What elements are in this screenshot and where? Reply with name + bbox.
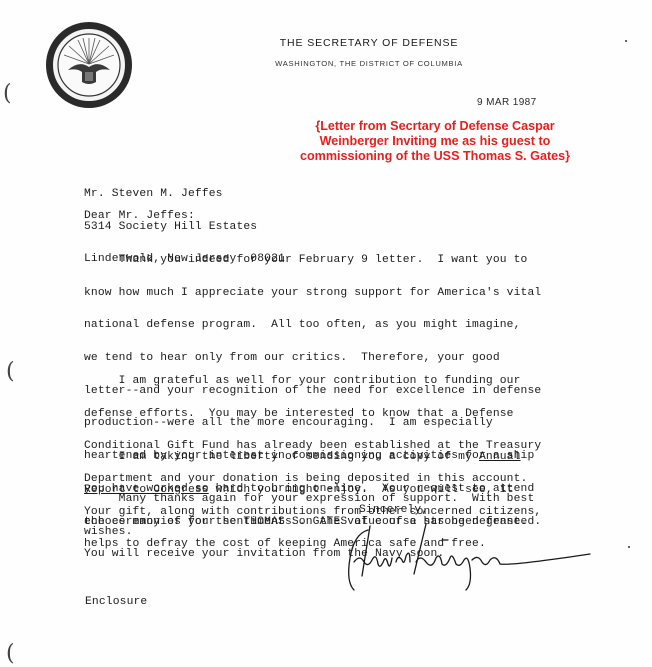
- closing: Sincerely,: [359, 505, 428, 516]
- letterhead-subtitle: WASHINGTON, THE DISTRICT OF COLUMBIA: [0, 59, 652, 68]
- body-line: national defense program. All too often,…: [84, 320, 541, 331]
- hole-punch-mark: (: [6, 361, 15, 383]
- hole-punch-mark: (: [3, 83, 12, 105]
- annotation-note: {Letter from Secrtary of Defense Caspar …: [270, 119, 600, 164]
- date-stamp: 9 MAR 1987: [477, 97, 537, 108]
- annotation-line: {Letter from Secrtary of Defense Caspar: [270, 119, 600, 134]
- recipient-street: 5314 Society Hill Estates: [84, 222, 285, 233]
- scan-speck: [628, 546, 630, 548]
- body-line: I am taking the liberty of sending you a…: [84, 452, 527, 463]
- enclosure-note: Enclosure: [85, 597, 147, 608]
- handwritten-signature-icon: [340, 518, 620, 598]
- annotation-line: commissioning of the USS Thomas S. Gates…: [270, 149, 600, 164]
- annotation-line: Weinberger Inviting me as his guest to: [270, 134, 600, 149]
- scan-speck: [625, 40, 627, 42]
- body-line: Many thanks again for your expression of…: [84, 494, 534, 505]
- recipient-name: Mr. Steven M. Jeffes: [84, 189, 285, 200]
- body-line: know how much I appreciate your strong s…: [84, 288, 541, 299]
- report-title-underlined: Annual: [479, 451, 521, 463]
- body-line: Thank you indeed for your February 9 let…: [84, 255, 541, 266]
- body-line: defense efforts. You may be interested t…: [84, 409, 541, 420]
- letterhead-title: THE SECRETARY OF DEFENSE: [0, 37, 652, 49]
- body-line: I am grateful as well for your contribut…: [84, 376, 541, 387]
- hole-punch-mark: (: [6, 643, 15, 665]
- salutation: Dear Mr. Jeffes:: [84, 211, 195, 222]
- body-text: I am taking the liberty of sending you a…: [84, 451, 479, 463]
- letter-page: THE SECRETARY OF DEFENSE WASHINGTON, THE…: [0, 0, 652, 667]
